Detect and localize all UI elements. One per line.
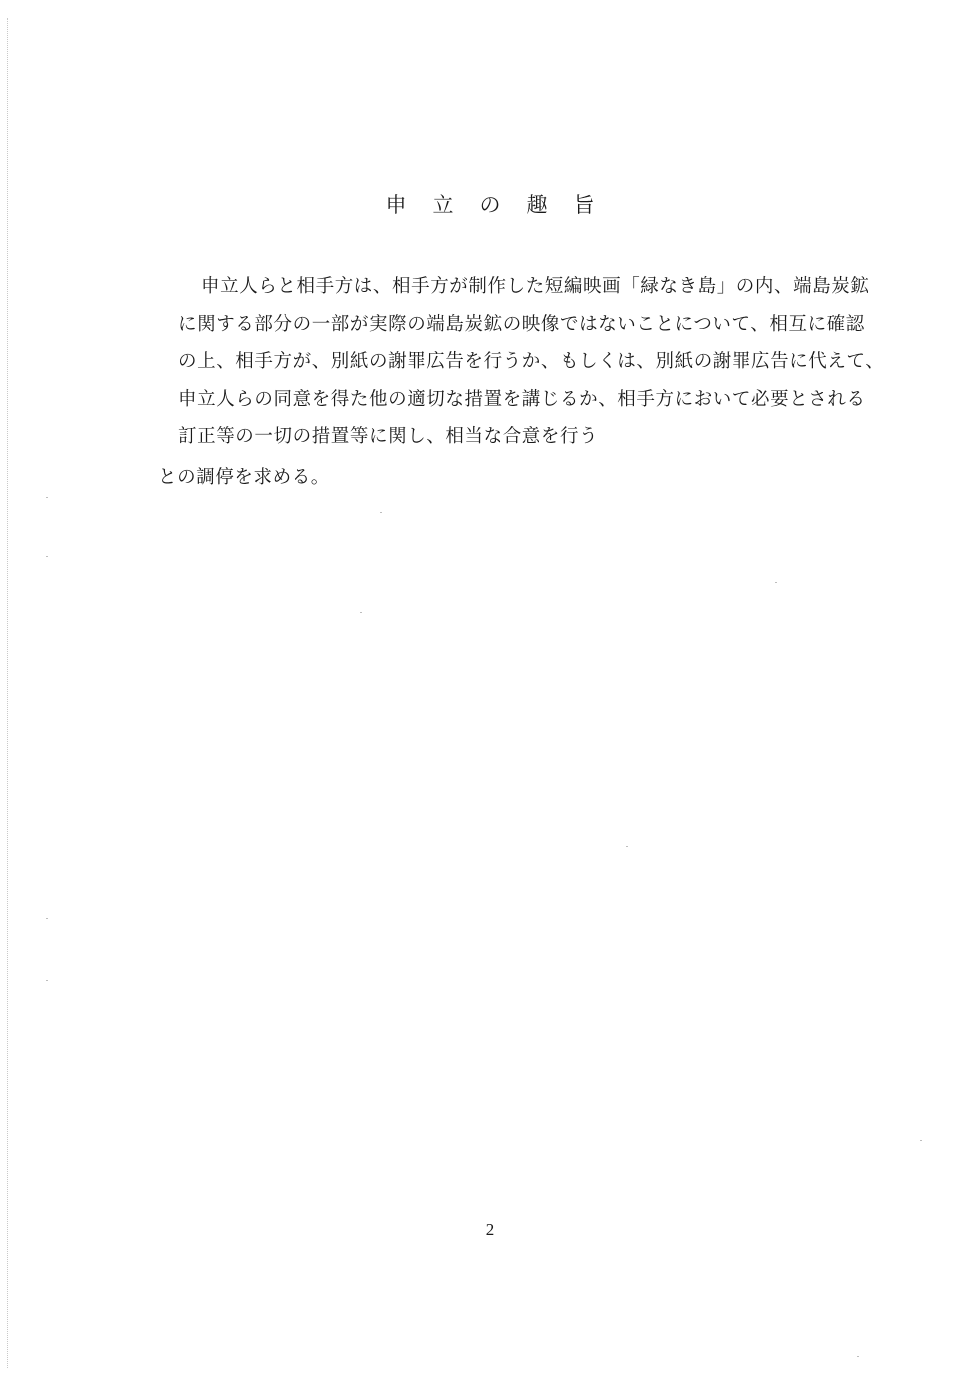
scan-speck (380, 512, 382, 513)
scan-speck (46, 980, 48, 981)
scan-speck (920, 1140, 922, 1141)
page-number: 2 (0, 1220, 980, 1240)
scan-speck (46, 918, 48, 919)
scan-speck (775, 582, 777, 583)
scan-speck (857, 1356, 859, 1357)
page-title: 申立の趣旨 (0, 189, 980, 219)
body-line: 訂正等の一切の措置等に関し、相当な合意を行う (178, 418, 898, 456)
scan-speck (626, 846, 628, 847)
title-text: 申立の趣旨 (386, 189, 621, 219)
scan-speck (360, 612, 362, 613)
scan-speck (46, 497, 48, 498)
body-line: に関する部分の一部が実際の端島炭鉱の映像ではないことについて、相互に確認 (178, 306, 898, 344)
conclusion-text: との調停を求める。 (158, 463, 330, 489)
body-line: 申立人らの同意を得た他の適切な措置を講じるか、相手方において必要とされる (178, 381, 898, 419)
body-paragraph: 申立人らと相手方は、相手方が制作した短編映画「緑なき島」の内、端島炭鉱 に関する… (178, 268, 898, 456)
body-line: 申立人らと相手方は、相手方が制作した短編映画「緑なき島」の内、端島炭鉱 (178, 268, 898, 306)
scan-speck (46, 556, 48, 557)
scan-edge-artifact (7, 18, 8, 1368)
body-line: の上、相手方が、別紙の謝罪広告を行うか、もしくは、別紙の謝罪広告に代えて、 (178, 343, 898, 381)
